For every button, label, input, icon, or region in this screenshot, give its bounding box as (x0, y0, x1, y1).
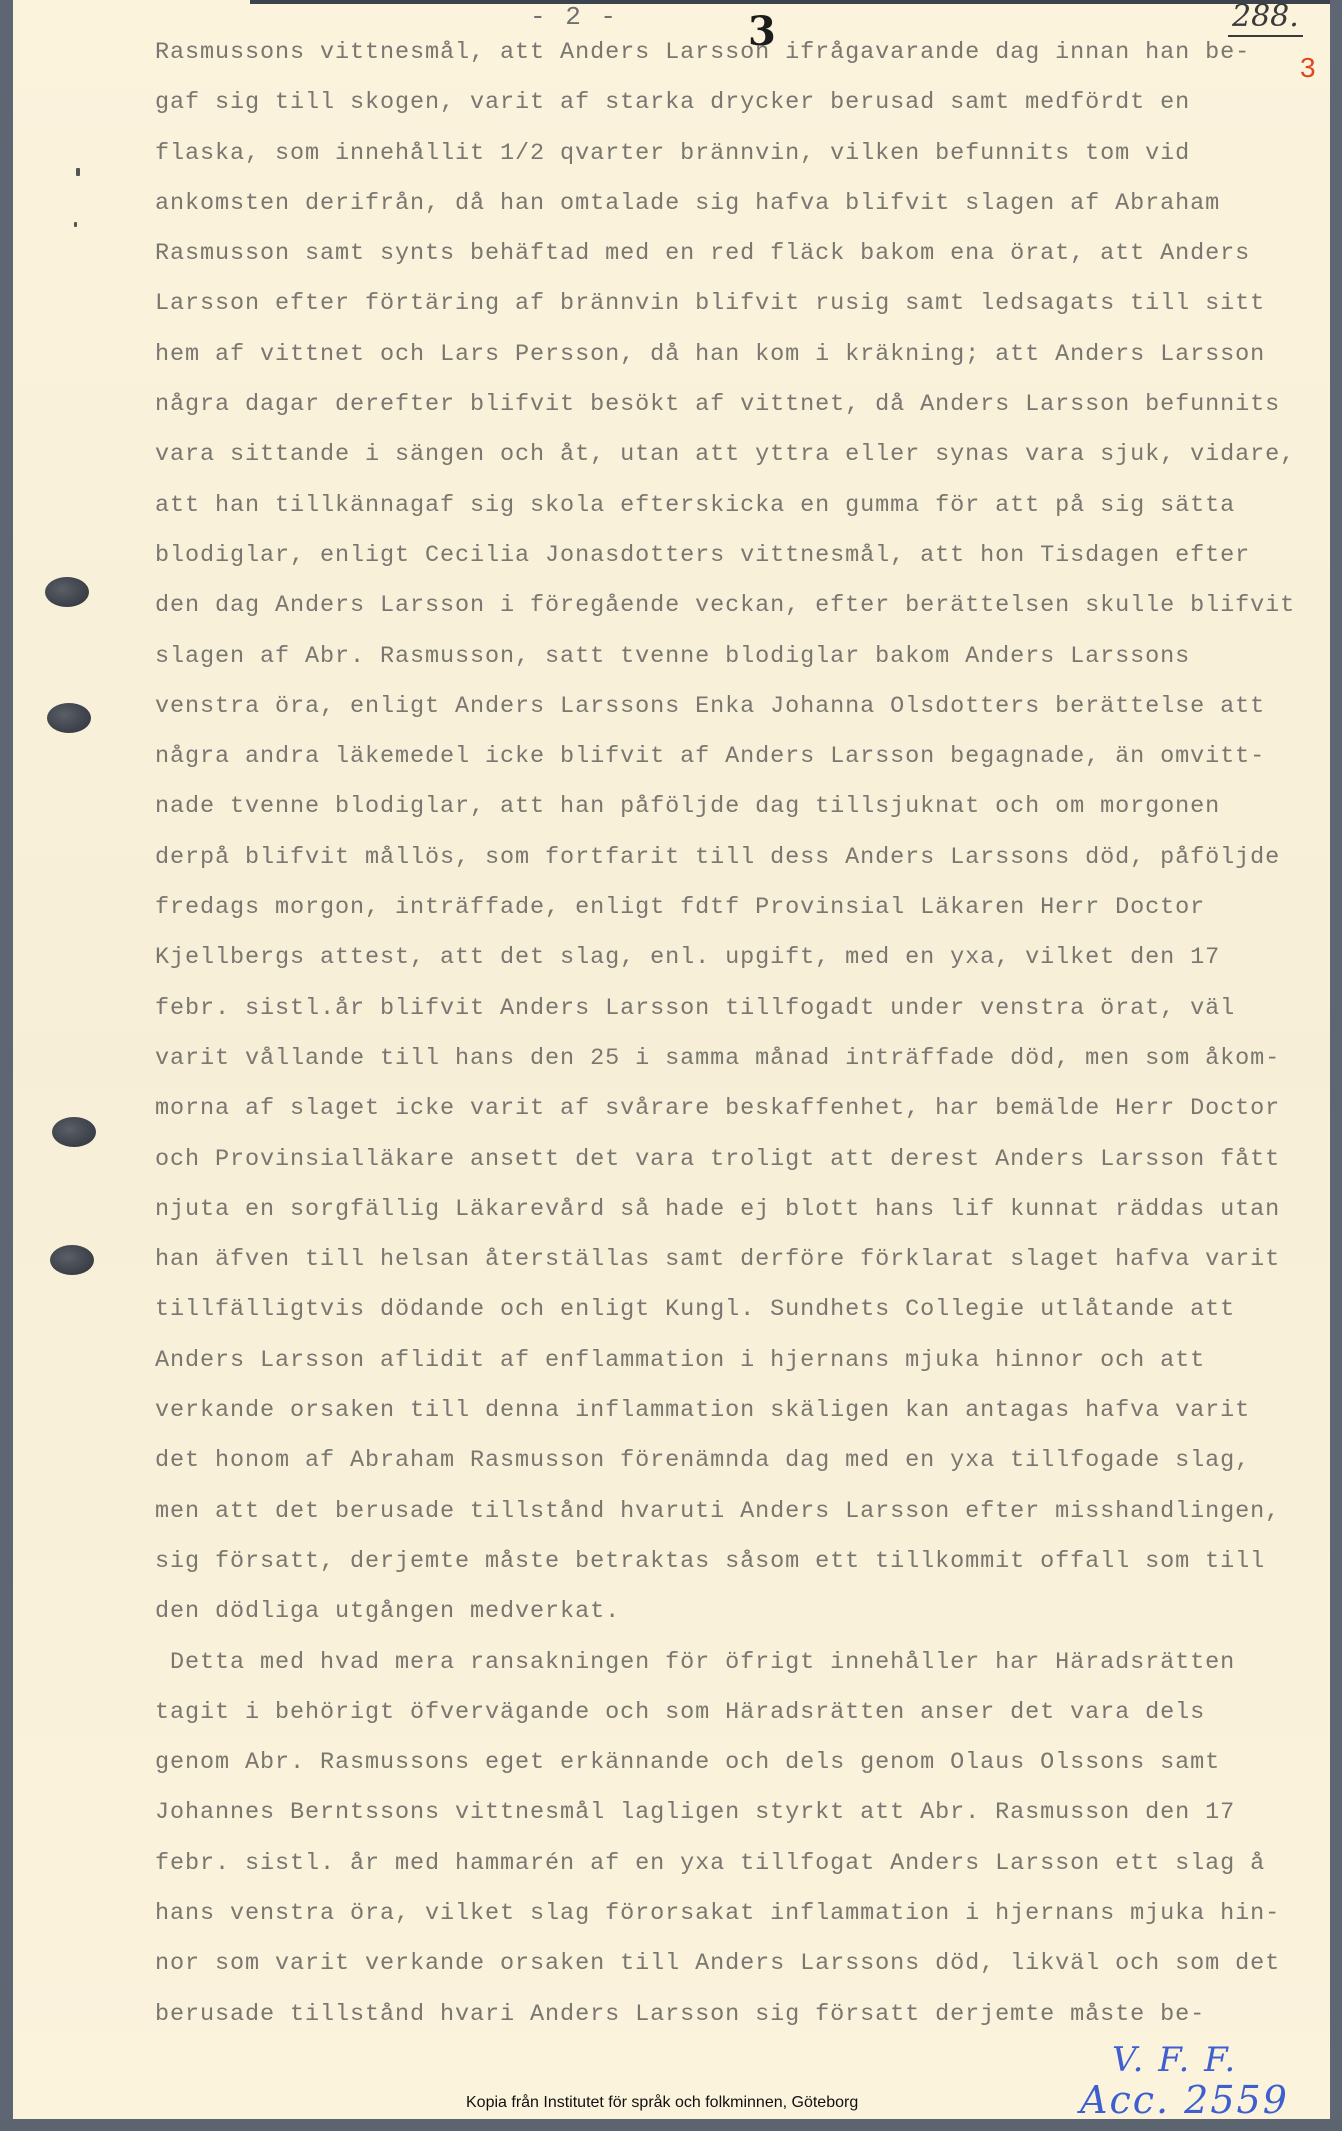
text-line: nade tvenne blodiglar, att han påföljde … (155, 782, 1335, 832)
text-line: Kjellbergs attest, att det slag, enl. up… (155, 933, 1335, 983)
punch-hole-icon (52, 1117, 96, 1147)
text-line: och Provinsialläkare ansett det vara tro… (155, 1135, 1335, 1185)
margin-mark (76, 168, 80, 176)
stamp-line-vff: V. F. F. (1112, 2040, 1289, 2080)
text-line: hem af vittnet och Lars Persson, då han … (155, 330, 1335, 380)
text-line: han äfven till helsan återställas samt d… (155, 1235, 1335, 1285)
text-line: berusade tillstånd hvari Anders Larsson … (155, 1990, 1335, 2040)
text-line: Anders Larsson aflidit af enflammation i… (155, 1336, 1335, 1386)
text-line: tillfälligtvis dödande och enligt Kungl.… (155, 1285, 1335, 1335)
margin-mark (74, 222, 77, 227)
text-line: den dag Anders Larsson i föregående veck… (155, 581, 1335, 631)
text-line: att han tillkännagaf sig skola efterskic… (155, 481, 1335, 531)
text-line: vara sittande i sängen och åt, utan att … (155, 430, 1335, 480)
text-line: flaska, som innehållit 1/2 qvarter bränn… (155, 129, 1335, 179)
text-line: fredags morgon, inträffade, enligt fdtf … (155, 883, 1335, 933)
archive-footer-caption: Kopia från Institutet för språk och folk… (466, 2094, 858, 2112)
text-line: slagen af Abr. Rasmusson, satt tvenne bl… (155, 632, 1335, 682)
text-line: ankomsten derifrån, då han omtalade sig … (155, 179, 1335, 229)
text-line: Larsson efter förtäring af brännvin blif… (155, 279, 1335, 329)
text-line: Detta med hvad mera ransakningen för öfr… (155, 1638, 1335, 1688)
text-line: genom Abr. Rasmussons eget erkännande oc… (155, 1738, 1335, 1788)
typed-text-body: Rasmussons vittnesmål, att Anders Larsso… (155, 28, 1335, 2040)
punch-hole-icon (47, 703, 91, 733)
text-line: febr. sistl. år med hammarén af en yxa t… (155, 1839, 1335, 1889)
stamp-line-accession: Acc. 2559 (1080, 2080, 1289, 2120)
text-line: blodiglar, enligt Cecilia Jonasdotters v… (155, 531, 1335, 581)
text-line: nor som varit verkande orsaken till Ande… (155, 1939, 1335, 1989)
text-line: venstra öra, enligt Anders Larssons Enka… (155, 682, 1335, 732)
text-line: det honom af Abraham Rasmusson förenämnd… (155, 1436, 1335, 1486)
text-line: morna af slaget icke varit af svårare be… (155, 1084, 1335, 1134)
text-line: den dödliga utgången medverkat. (155, 1587, 1335, 1637)
text-line: verkande orsaken till denna inflammation… (155, 1386, 1335, 1436)
text-line: varit vållande till hans den 25 i samma … (155, 1034, 1335, 1084)
text-line: Rasmussons vittnesmål, att Anders Larsso… (155, 28, 1335, 78)
text-line: tagit i behörigt öfvervägande och som Hä… (155, 1688, 1335, 1738)
archive-stamp: V. F. F. Acc. 2559 (1080, 2040, 1289, 2120)
text-line: Rasmusson samt synts behäftad med en red… (155, 229, 1335, 279)
text-line: hans venstra öra, vilket slag förorsakat… (155, 1889, 1335, 1939)
text-line: några andra läkemedel icke blifvit af An… (155, 732, 1335, 782)
text-line: febr. sistl.år blifvit Anders Larsson ti… (155, 984, 1335, 1034)
punch-hole-icon (45, 577, 89, 607)
text-line: gaf sig till skogen, varit af starka dry… (155, 78, 1335, 128)
text-line: sig försatt, derjemte måste betraktas så… (155, 1537, 1335, 1587)
text-line: några dagar derefter blifvit besökt af v… (155, 380, 1335, 430)
text-line: men att det berusade tillstånd hvaruti A… (155, 1487, 1335, 1537)
text-line: njuta en sorgfällig Läkarevård så hade e… (155, 1185, 1335, 1235)
text-line: Johannes Berntssons vittnesmål lagligen … (155, 1788, 1335, 1838)
text-line: derpå blifvit mållös, som fortfarit till… (155, 833, 1335, 883)
punch-hole-icon (50, 1245, 94, 1275)
scan-edge-top (250, 0, 1330, 4)
